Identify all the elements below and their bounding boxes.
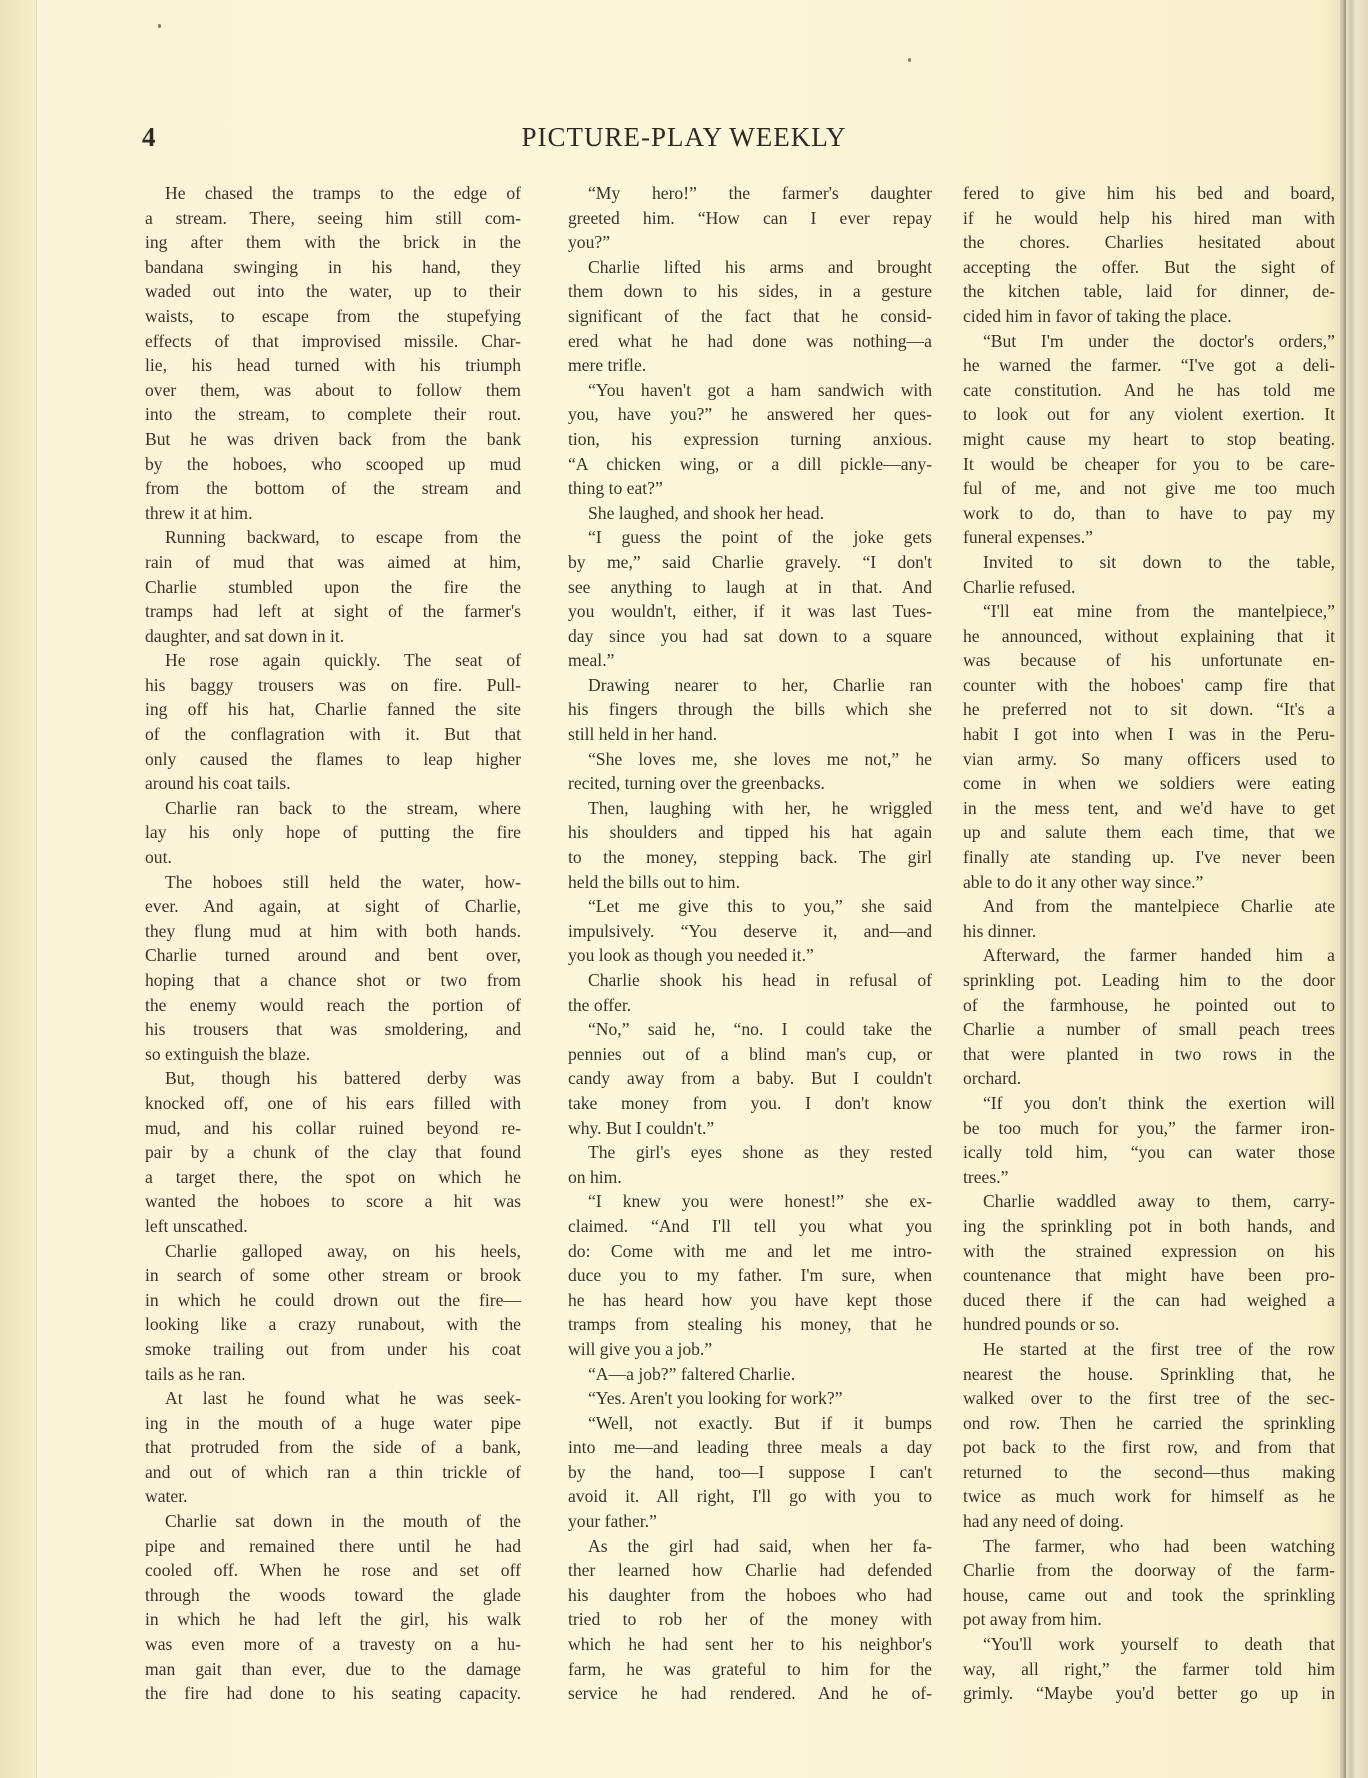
text-line: Charlie waddled away to them, carry- <box>963 1189 1335 1214</box>
text-line: water. <box>145 1484 521 1509</box>
text-line: “You'll work yourself to death that <box>963 1632 1335 1657</box>
text-column-3: fered to give him his bed and board,if h… <box>963 181 1335 1706</box>
text-line: by the hand, too—I suppose I can't <box>568 1460 932 1485</box>
text-line: able to do it any other way since.” <box>963 870 1335 895</box>
text-line: was even more of a travesty on a hu- <box>145 1632 521 1657</box>
text-line: ing the sprinkling pot in both hands, an… <box>963 1214 1335 1239</box>
text-line: ically told him, “you can water those <box>963 1140 1335 1165</box>
text-line: He rose again quickly. The seat of <box>145 648 521 673</box>
text-line: “My hero!” the farmer's daughter <box>568 181 932 206</box>
text-line: wanted the hoboes to score a hit was <box>145 1189 521 1214</box>
text-line: rain of mud that was aimed at him, <box>145 550 521 575</box>
text-line: waded out into the water, up to their <box>145 279 521 304</box>
text-line: your father.” <box>568 1509 932 1534</box>
text-line: candy away from a baby. But I couldn't <box>568 1066 932 1091</box>
text-line: tails as he ran. <box>145 1362 521 1387</box>
text-line: his dinner. <box>963 919 1335 944</box>
text-line: in the mess tent, and we'd have to get <box>963 796 1335 821</box>
text-line: left unscathed. <box>145 1214 521 1239</box>
text-line: house, came out and took the sprinkling <box>963 1583 1335 1608</box>
text-line: you?” <box>568 230 932 255</box>
left-page-edge <box>0 0 37 1778</box>
text-line: At last he found what he was seek- <box>145 1386 521 1411</box>
text-line: ful of me, and not give me too much <box>963 476 1335 501</box>
text-line: Charlie turned around and bent over, <box>145 943 521 968</box>
text-line: his daughter from the hoboes who had <box>568 1583 932 1608</box>
text-line: But he was driven back from the bank <box>145 427 521 452</box>
text-line: vian army. So many officers used to <box>963 747 1335 772</box>
text-line: “A chicken wing, or a dill pickle—any- <box>568 452 932 477</box>
text-line: orchard. <box>963 1066 1335 1091</box>
text-line: a target there, the spot on which he <box>145 1165 521 1190</box>
text-line: countenance that might have been pro- <box>963 1263 1335 1288</box>
text-line: looking like a crazy runabout, with the <box>145 1312 521 1337</box>
text-line: that were planted in two rows in the <box>963 1042 1335 1067</box>
text-line: meal.” <box>568 648 932 673</box>
text-line: thing to eat?” <box>568 476 932 501</box>
text-line: in search of some other stream or brook <box>145 1263 521 1288</box>
text-column-1: He chased the tramps to the edge ofa str… <box>145 181 521 1706</box>
text-line: he announced, without explaining that it <box>963 624 1335 649</box>
text-line: walked over to the first tree of the sec… <box>963 1386 1335 1411</box>
text-line: It would be cheaper for you to be care- <box>963 452 1335 477</box>
text-line: pot away from him. <box>963 1607 1335 1632</box>
text-line: tramps had left at sight of the farmer's <box>145 599 521 624</box>
text-line: ther learned how Charlie had defended <box>568 1558 932 1583</box>
text-line: you, have you?” he answered her ques- <box>568 402 932 427</box>
text-line: Drawing nearer to her, Charlie ran <box>568 673 932 698</box>
text-line: “Well, not exactly. But if it bumps <box>568 1411 932 1436</box>
text-line: Charlie a number of small peach trees <box>963 1017 1335 1042</box>
text-line: and out of which ran a thin trickle of <box>145 1460 521 1485</box>
text-line: The girl's eyes shone as they rested <box>568 1140 932 1165</box>
text-line: “If you don't think the exertion will <box>963 1091 1335 1116</box>
text-line: he has heard how you have kept those <box>568 1288 932 1313</box>
text-line: cate constitution. And he has told me <box>963 378 1335 403</box>
text-line: held the bills out to him. <box>568 870 932 895</box>
text-line: by the hoboes, who scooped up mud <box>145 452 521 477</box>
text-line: “No,” said he, “no. I could take the <box>568 1017 932 1042</box>
text-line: the kitchen table, laid for dinner, de- <box>963 279 1335 304</box>
text-line: over them, was about to follow them <box>145 378 521 403</box>
text-line: ond row. Then he carried the sprinkling <box>963 1411 1335 1436</box>
text-line: “I guess the point of the joke gets <box>568 525 932 550</box>
text-line: Charlie shook his head in refusal of <box>568 968 932 993</box>
text-line: through the woods toward the glade <box>145 1583 521 1608</box>
text-line: significant of the fact that he consid- <box>568 304 932 329</box>
text-line: He started at the first tree of the row <box>963 1337 1335 1362</box>
text-line: might cause my heart to stop beating. <box>963 427 1335 452</box>
text-line: farm, he was grateful to him for the <box>568 1657 932 1682</box>
text-line: by me,” said Charlie gravely. “I don't <box>568 550 932 575</box>
text-line: take money from you. I don't know <box>568 1091 932 1116</box>
text-line: recited, turning over the greenbacks. <box>568 771 932 796</box>
text-line: lie, his head turned with his triumph <box>145 353 521 378</box>
text-line: he preferred not to sit down. “It's a <box>963 697 1335 722</box>
text-line: “A—a job?” faltered Charlie. <box>568 1362 932 1387</box>
text-line: will give you a job.” <box>568 1337 932 1362</box>
paper-speck <box>158 24 161 28</box>
text-line: only caused the flames to leap higher <box>145 747 521 772</box>
text-line: She laughed, and shook her head. <box>568 501 932 526</box>
text-line: sprinkling pot. Leading him to the door <box>963 968 1335 993</box>
text-line: Charlie galloped away, on his heels, <box>145 1239 521 1264</box>
text-line: As the girl had said, when her fa- <box>568 1534 932 1559</box>
text-line: “I knew you were honest!” she ex- <box>568 1189 932 1214</box>
text-line: his shoulders and tipped his hat again <box>568 820 932 845</box>
text-line: had any need of doing. <box>963 1509 1335 1534</box>
text-line: And from the mantelpiece Charlie ate <box>963 894 1335 919</box>
text-line: them down to his sides, in a gesture <box>568 279 932 304</box>
text-line: was because of his unfortunate en- <box>963 648 1335 673</box>
text-line: finally ate standing up. I've never been <box>963 845 1335 870</box>
text-line: a stream. There, seeing him still com- <box>145 206 521 231</box>
text-line: pair by a chunk of the clay that found <box>145 1140 521 1165</box>
text-line: bandana swinging in his hand, they <box>145 255 521 280</box>
text-line: the enemy would reach the portion of <box>145 993 521 1018</box>
text-line: still held in her hand. <box>568 722 932 747</box>
text-line: tramps from stealing his money, that he <box>568 1312 932 1337</box>
text-line: Running backward, to escape from the <box>145 525 521 550</box>
text-line: “She loves me, she loves me not,” he <box>568 747 932 772</box>
text-line: grimly. “Maybe you'd better go up in <box>963 1681 1335 1706</box>
text-line: Charlie from the doorway of the farm- <box>963 1558 1335 1583</box>
text-line: if he would help his hired man with <box>963 206 1335 231</box>
text-line: of the conflagration with it. But that <box>145 722 521 747</box>
text-line: Charlie stumbled upon the fire the <box>145 575 521 600</box>
text-line: Afterward, the farmer handed him a <box>963 943 1335 968</box>
text-line: out. <box>145 845 521 870</box>
text-line: Charlie ran back to the stream, where <box>145 796 521 821</box>
text-line: in which he could drown out the fire— <box>145 1288 521 1313</box>
text-line: around his coat tails. <box>145 771 521 796</box>
text-line: ever. And again, at sight of Charlie, <box>145 894 521 919</box>
text-line: of the farmhouse, he pointed out to <box>963 993 1335 1018</box>
text-line: on him. <box>568 1165 932 1190</box>
text-line: “You haven't got a ham sandwich with <box>568 378 932 403</box>
text-line: into me—and leading three meals a day <box>568 1435 932 1460</box>
text-line: accepting the offer. But the sight of <box>963 255 1335 280</box>
text-line: daughter, and sat down in it. <box>145 624 521 649</box>
text-line: claimed. “And I'll tell you what you <box>568 1214 932 1239</box>
text-line: nearest the house. Sprinkling that, he <box>963 1362 1335 1387</box>
text-line: cided him in favor of taking the place. <box>963 304 1335 329</box>
text-line: the chores. Charlies hesitated about <box>963 230 1335 255</box>
text-line: duce you to my father. I'm sure, when <box>568 1263 932 1288</box>
text-line: But, though his battered derby was <box>145 1066 521 1091</box>
text-line: counter with the hoboes' camp fire that <box>963 673 1335 698</box>
text-line: his baggy trousers was on fire. Pull- <box>145 673 521 698</box>
binding-shadow-line <box>1344 0 1346 1778</box>
text-line: He chased the tramps to the edge of <box>145 181 521 206</box>
text-line: mere trifle. <box>568 353 932 378</box>
text-line: smoke trailing out from under his coat <box>145 1337 521 1362</box>
text-line: waists, to escape from the stupefying <box>145 304 521 329</box>
text-line: see anything to laugh at in that. And <box>568 575 932 600</box>
text-line: do: Come with me and let me intro- <box>568 1239 932 1264</box>
text-line: tion, his expression turning anxious. <box>568 427 932 452</box>
text-line: hoping that a chance shot or two from <box>145 968 521 993</box>
text-line: “I'll eat mine from the mantelpiece,” <box>963 599 1335 624</box>
text-line: why. But I couldn't.” <box>568 1116 932 1141</box>
text-line: “Yes. Aren't you looking for work?” <box>568 1386 932 1411</box>
text-line: his trousers that was smoldering, and <box>145 1017 521 1042</box>
text-line: mud, and his collar ruined beyond re- <box>145 1116 521 1141</box>
text-line: funeral expenses.” <box>963 525 1335 550</box>
text-line: you look as though you needed it.” <box>568 943 932 968</box>
text-line: effects of that improvised missile. Char… <box>145 329 521 354</box>
text-line: Invited to sit down to the table, <box>963 550 1335 575</box>
text-line: cooled off. When he rose and set off <box>145 1558 521 1583</box>
text-line: greeted him. “How can I ever repay <box>568 206 932 231</box>
text-line: fered to give him his bed and board, <box>963 181 1335 206</box>
text-line: you wouldn't, either, if it was last Tue… <box>568 599 932 624</box>
text-line: from the bottom of the stream and <box>145 476 521 501</box>
text-line: day since you had sat down to a square <box>568 624 932 649</box>
text-line: duced there if the can had weighed a <box>963 1288 1335 1313</box>
text-line: twice as much work for himself as he <box>963 1484 1335 1509</box>
text-line: with the strained expression on his <box>963 1239 1335 1264</box>
text-line: come in when we soldiers were eating <box>963 771 1335 796</box>
text-line: way, all right,” the farmer told him <box>963 1657 1335 1682</box>
text-line: The hoboes still held the water, how- <box>145 870 521 895</box>
text-line: ered what he had done was nothing—a <box>568 329 932 354</box>
text-line: be too much for you,” the farmer iron- <box>963 1116 1335 1141</box>
text-line: returned to the second—thus making <box>963 1460 1335 1485</box>
text-line: which he had sent her to his neighbor's <box>568 1632 932 1657</box>
text-line: ing after them with the brick in the <box>145 230 521 255</box>
text-line: avoid it. All right, I'll go with you to <box>568 1484 932 1509</box>
text-line: service he had rendered. And he of- <box>568 1681 932 1706</box>
text-line: up and salute them each time, that we <box>963 820 1335 845</box>
text-line: trees.” <box>963 1165 1335 1190</box>
text-line: Charlie sat down in the mouth of the <box>145 1509 521 1534</box>
text-line: impulsively. “You deserve it, and—and <box>568 919 932 944</box>
text-line: that protruded from the side of a bank, <box>145 1435 521 1460</box>
text-line: tried to rob her of the money with <box>568 1607 932 1632</box>
text-line: Then, laughing with her, he wriggled <box>568 796 932 821</box>
paper-speck <box>908 58 911 62</box>
text-line: work to do, than to have to pay my <box>963 501 1335 526</box>
text-line: into the stream, to complete their rout. <box>145 402 521 427</box>
text-line: his fingers through the bills which she <box>568 697 932 722</box>
text-line: ing in the mouth of a huge water pipe <box>145 1411 521 1436</box>
text-line: knocked off, one of his ears filled with <box>145 1091 521 1116</box>
text-line: Charlie refused. <box>963 575 1335 600</box>
text-line: pennies out of a blind man's cup, or <box>568 1042 932 1067</box>
text-line: lay his only hope of putting the fire <box>145 820 521 845</box>
text-line: they flung mud at him with both hands. <box>145 919 521 944</box>
text-line: “But I'm under the doctor's orders,” <box>963 329 1335 354</box>
text-line: ing off his hat, Charlie fanned the site <box>145 697 521 722</box>
text-line: pipe and remained there until he had <box>145 1534 521 1559</box>
text-line: Charlie lifted his arms and brought <box>568 255 932 280</box>
text-line: in which he had left the girl, his walk <box>145 1607 521 1632</box>
text-line: to the money, stepping back. The girl <box>568 845 932 870</box>
text-line: hundred pounds or so. <box>963 1312 1335 1337</box>
publication-title: PICTURE-PLAY WEEKLY <box>0 122 1368 153</box>
text-line: to look out for any violent exertion. It <box>963 402 1335 427</box>
text-line: man gait than ever, due to the damage <box>145 1657 521 1682</box>
text-line: the offer. <box>568 993 932 1018</box>
text-line: threw it at him. <box>145 501 521 526</box>
text-line: so extinguish the blaze. <box>145 1042 521 1067</box>
text-line: he warned the farmer. “I've got a deli- <box>963 353 1335 378</box>
text-column-2: “My hero!” the farmer's daughtergreeted … <box>568 181 932 1706</box>
text-line: habit I got into when I was in the Peru- <box>963 722 1335 747</box>
text-line: pot back to the first row, and from that <box>963 1435 1335 1460</box>
text-line: “Let me give this to you,” she said <box>568 894 932 919</box>
text-line: The farmer, who had been watching <box>963 1534 1335 1559</box>
text-line: the fire had done to his seating capacit… <box>145 1681 521 1706</box>
